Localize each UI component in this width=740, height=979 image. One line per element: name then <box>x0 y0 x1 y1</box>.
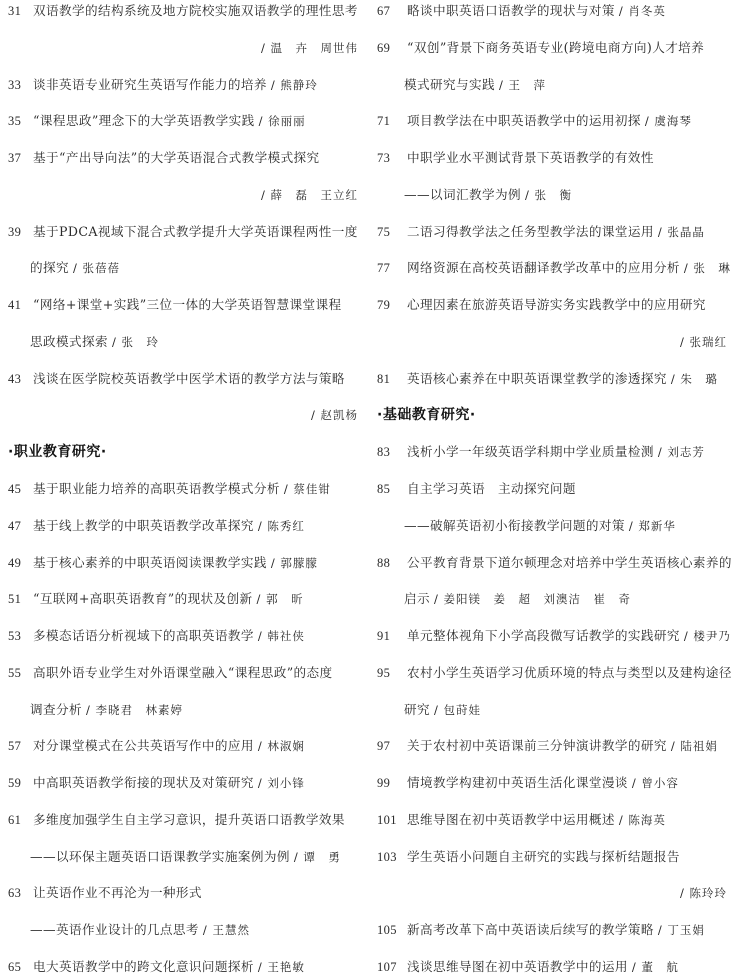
page-number: 31 <box>8 0 30 23</box>
page-number: 41 <box>8 293 30 317</box>
article-title-continued: 启示 <box>404 591 430 606</box>
article-title: 让英语作业不再沦为一种形式 <box>33 885 202 900</box>
article-author: / 董 航 <box>632 960 679 974</box>
page-number: 43 <box>8 367 30 391</box>
section-heading: ·职业教育研究· <box>8 440 358 464</box>
toc-entry: 99情境教学构建初中英语生活化课堂漫谈/ 曾小容 <box>377 771 727 795</box>
article-title: 项目教学法在中职英语教学中的运用初探 <box>407 113 641 128</box>
article-title: 谈非英语专业研究生英语写作能力的培养 <box>33 77 267 92</box>
page-number: 107 <box>377 955 404 979</box>
article-title: 心理因素在旅游英语导游实务实践教学中的应用研究 <box>407 297 706 312</box>
article-title: “双创”背景下商务英语专业(跨境电商方向)人才培养 <box>407 40 704 55</box>
toc-entry-continuation: / 陈玲玲 <box>377 881 731 905</box>
page-number: 97 <box>377 734 404 758</box>
article-title: 略谈中职英语口语教学的现状与对策 <box>407 3 615 18</box>
article-author: / 张 琳 <box>684 261 731 275</box>
section-heading: ·基础教育研究· <box>377 403 727 427</box>
article-title: 对分课堂模式在公共英语写作中的应用 <box>33 738 254 753</box>
article-title: 英语核心素养在中职英语课堂教学的渗透探究 <box>407 371 667 386</box>
article-title: “互联网+高职英语教育”的现状及创新 <box>33 591 253 606</box>
article-author: / 包莳娃 <box>434 703 481 717</box>
article-author: / 郑新华 <box>629 519 676 533</box>
article-author: / 韩社侠 <box>258 629 305 643</box>
page-number: 39 <box>8 220 30 244</box>
toc-entry: 107浅谈思维导图在初中英语教学中的运用/ 董 航 <box>377 955 727 979</box>
article-title: 电大英语教学中的跨文化意识问题探析 <box>33 959 254 974</box>
toc-entry: 81英语核心素养在中职英语课堂教学的渗透探究/ 朱 璐 <box>377 367 727 391</box>
article-title: 浅谈思维导图在初中英语教学中的运用 <box>407 959 628 974</box>
page-number: 37 <box>8 146 30 170</box>
article-title-continued: 调查分析 <box>30 702 82 717</box>
article-title: 基于“产出导向法”的大学英语混合式教学模式探究 <box>33 150 320 165</box>
toc-entry: 103学生英语小问题自主研究的实践与探析结题报告 <box>377 845 727 869</box>
toc-entry: 33谈非英语专业研究生英语写作能力的培养/ 熊静玲 <box>8 73 358 97</box>
page-number: 55 <box>8 661 30 685</box>
toc-entry: 63让英语作业不再沦为一种形式 <box>8 881 358 905</box>
toc-entry: 47基于线上教学的中职英语教学改革探究/ 陈秀红 <box>8 514 358 538</box>
toc-entry: 57对分课堂模式在公共英语写作中的应用/ 林淑娴 <box>8 734 358 758</box>
article-author: / 陈海英 <box>619 813 666 827</box>
toc-entry: 59中高职英语教学衔接的现状及对策研究/ 刘小锋 <box>8 771 358 795</box>
article-title: “网络+课堂+实践”三位一体的大学英语智慧课堂课程 <box>33 297 341 312</box>
article-author: / 赵凯杨 <box>311 408 358 422</box>
article-title: 自主学习英语 主动探究问题 <box>407 481 576 496</box>
article-title-continued: ——以词汇教学为例 <box>404 187 521 202</box>
toc-entry: 91单元整体视角下小学高段微写话教学的实践研究/ 楼尹乃 <box>377 624 727 648</box>
toc-entry: 53多模态话语分析视域下的高职英语教学/ 韩社侠 <box>8 624 358 648</box>
article-author: / 王 萍 <box>499 78 546 92</box>
toc-entry: 79心理因素在旅游英语导游实务实践教学中的应用研究 <box>377 293 727 317</box>
article-author: / 温 卉 周世伟 <box>261 41 358 55</box>
article-author: / 李晓君 林素婷 <box>86 703 183 717</box>
article-title: 基于线上教学的中职英语教学改革探究 <box>33 518 254 533</box>
page-number: 51 <box>8 587 30 611</box>
article-title: 高职外语专业学生对外语课堂融入“课程思政”的态度 <box>33 665 333 680</box>
page-number: 73 <box>377 146 404 170</box>
article-title: 农村小学生英语学习优质环境的特点与类型以及建构途径 <box>407 665 732 680</box>
page-number: 77 <box>377 256 404 280</box>
toc-entry: 97关于农村初中英语课前三分钟演讲教学的研究/ 陆祖娟 <box>377 734 727 758</box>
article-title-continued: ——破解英语初小衔接教学问题的对策 <box>404 518 625 533</box>
toc-entry-continuation: 模式研究与实践/ 王 萍 <box>377 73 740 97</box>
article-title: 基于职业能力培养的高职英语教学模式分析 <box>33 481 280 496</box>
section-title: ·基础教育研究· <box>377 407 476 423</box>
toc-entry: 67略谈中职英语口语教学的现状与对策/ 肖冬英 <box>377 0 727 23</box>
article-title-continued: 研究 <box>404 702 430 717</box>
toc-entry-continuation: 的探究/ 张蓓蓓 <box>8 256 380 280</box>
article-author: / 陆祖娟 <box>671 739 718 753</box>
page-number: 45 <box>8 477 30 501</box>
article-title-continued: 的探究 <box>30 260 69 275</box>
article-author: / 徐丽丽 <box>259 114 306 128</box>
toc-entry-continuation: ——以环保主题英语口语课教学实施案例为例/ 谭 勇 <box>8 845 380 869</box>
toc-entry-continuation: 调查分析/ 李晓君 林素婷 <box>8 698 380 722</box>
toc-entry-continuation: / 赵凯杨 <box>8 403 362 427</box>
article-author: / 张 衡 <box>525 188 572 202</box>
page-number: 63 <box>8 881 30 905</box>
toc-entry: 95农村小学生英语学习优质环境的特点与类型以及建构途径 <box>377 661 727 685</box>
article-author: / 林淑娴 <box>258 739 305 753</box>
page-number: 85 <box>377 477 404 501</box>
article-author: / 刘小锋 <box>258 776 305 790</box>
page-number: 75 <box>377 220 404 244</box>
toc-entry: 45基于职业能力培养的高职英语教学模式分析/ 蔡佳钳 <box>8 477 358 501</box>
article-title: 新高考改革下高中英语读后续写的教学策略 <box>407 922 654 937</box>
toc-entry: 83浅析小学一年级英语学科期中学业质量检测/ 刘志芳 <box>377 440 727 464</box>
toc-entry-continuation: 思政模式探索/ 张 玲 <box>8 330 380 354</box>
toc-entry: 101思维导图在初中英语教学中运用概述/ 陈海英 <box>377 808 727 832</box>
toc-entry: 88公平教育背景下道尔顿理念对培养中学生英语核心素养的 <box>377 551 727 575</box>
page-number: 99 <box>377 771 404 795</box>
page-number: 61 <box>8 808 30 832</box>
toc-entry: 61多维度加强学生自主学习意识，提升英语口语教学效果 <box>8 808 358 832</box>
page-number: 35 <box>8 109 30 133</box>
article-title: 基于核心素养的中职英语阅读课教学实践 <box>33 555 267 570</box>
toc-entry-continuation: / 温 卉 周世伟 <box>8 36 362 60</box>
page-number: 101 <box>377 808 404 832</box>
article-author: / 曾小容 <box>632 776 679 790</box>
article-title: 公平教育背景下道尔顿理念对培养中学生英语核心素养的 <box>407 555 732 570</box>
article-author: / 陈秀红 <box>258 519 305 533</box>
article-author: / 虞海琴 <box>645 114 692 128</box>
article-title: 浅谈在医学院校英语教学中医学术语的教学方法与策略 <box>33 371 345 386</box>
article-author: / 姜阳镁 姜 超 刘澳洁 崔 奇 <box>434 592 631 606</box>
toc-entry: 37基于“产出导向法”的大学英语混合式教学模式探究 <box>8 146 358 170</box>
article-title: 中职学业水平测试背景下英语教学的有效性 <box>407 150 654 165</box>
article-author: / 张蓓蓓 <box>73 261 120 275</box>
page-number: 59 <box>8 771 30 795</box>
article-author: / 王慧然 <box>203 923 250 937</box>
article-author: / 楼尹乃 <box>684 629 731 643</box>
page-number: 71 <box>377 109 404 133</box>
article-title: “课程思政”理念下的大学英语教学实践 <box>33 113 255 128</box>
toc-entry: 49基于核心素养的中职英语阅读课教学实践/ 郭朦朦 <box>8 551 358 575</box>
article-author: / 张 玲 <box>112 335 159 349</box>
page-number: 81 <box>377 367 404 391</box>
page-number: 88 <box>377 551 404 575</box>
article-title: 多模态话语分析视域下的高职英语教学 <box>33 628 254 643</box>
toc-entry: 69“双创”背景下商务英语专业(跨境电商方向)人才培养 <box>377 36 727 60</box>
article-author: / 陈玲玲 <box>680 886 727 900</box>
section-title: ·职业教育研究· <box>8 444 107 460</box>
toc-entry: 31双语教学的结构系统及地方院校实施双语教学的理性思考 <box>8 0 358 23</box>
toc-entry-continuation: / 张瑞红 <box>377 330 731 354</box>
article-title-continued: 思政模式探索 <box>30 334 108 349</box>
article-author: / 肖冬英 <box>619 4 666 18</box>
page-number: 95 <box>377 661 404 685</box>
article-title: 基于PDCA视域下混合式教学提升大学英语课程两性一度 <box>33 224 358 239</box>
article-title: 网络资源在高校英语翻译教学改革中的应用分析 <box>407 260 680 275</box>
article-author: / 蔡佳钳 <box>284 482 331 496</box>
page-number: 103 <box>377 845 404 869</box>
article-title: 中高职英语教学衔接的现状及对策研究 <box>33 775 254 790</box>
article-title: 二语习得教学法之任务型教学法的课堂运用 <box>407 224 654 239</box>
article-author: / 张晶晶 <box>658 225 705 239</box>
toc-entry: 51“互联网+高职英语教育”的现状及创新/ 郭 昕 <box>8 587 358 611</box>
article-title-continued: 模式研究与实践 <box>404 77 495 92</box>
article-title: 浅析小学一年级英语学科期中学业质量检测 <box>407 444 654 459</box>
toc-entry: 77网络资源在高校英语翻译教学改革中的应用分析/ 张 琳 <box>377 256 727 280</box>
toc-entry-continuation: 研究/ 包莳娃 <box>377 698 740 722</box>
page-number: 65 <box>8 955 30 979</box>
article-author: / 朱 璐 <box>671 372 718 386</box>
article-title-continued: ——以环保主题英语口语课教学实施案例为例 <box>30 849 290 864</box>
page-number: 69 <box>377 36 404 60</box>
article-title: 思维导图在初中英语教学中运用概述 <box>407 812 615 827</box>
article-author: / 薛 磊 王立红 <box>261 188 358 202</box>
toc-entry-continuation: / 薛 磊 王立红 <box>8 183 362 207</box>
article-title: 单元整体视角下小学高段微写话教学的实践研究 <box>407 628 680 643</box>
page-number: 105 <box>377 918 404 942</box>
page-number: 47 <box>8 514 30 538</box>
article-title: 情境教学构建初中英语生活化课堂漫谈 <box>407 775 628 790</box>
article-title: 双语教学的结构系统及地方院校实施双语教学的理性思考 <box>33 3 358 18</box>
page-number: 33 <box>8 73 30 97</box>
page-number: 79 <box>377 293 404 317</box>
toc-entry-continuation: 启示/ 姜阳镁 姜 超 刘澳洁 崔 奇 <box>377 587 740 611</box>
article-author: / 王艳敏 <box>258 960 305 974</box>
article-author: / 郭朦朦 <box>271 556 318 570</box>
article-title: 学生英语小问题自主研究的实践与探析结题报告 <box>407 849 680 864</box>
toc-entry: 105新高考改革下高中英语读后续写的教学策略/ 丁玉娟 <box>377 918 727 942</box>
article-title: 关于农村初中英语课前三分钟演讲教学的研究 <box>407 738 667 753</box>
toc-entry: 43浅谈在医学院校英语教学中医学术语的教学方法与策略 <box>8 367 358 391</box>
toc-entry: 65电大英语教学中的跨文化意识问题探析/ 王艳敏 <box>8 955 358 979</box>
article-title: 多维度加强学生自主学习意识，提升英语口语教学效果 <box>33 812 345 827</box>
page-number: 67 <box>377 0 404 23</box>
page-number: 53 <box>8 624 30 648</box>
toc-entry: 39基于PDCA视域下混合式教学提升大学英语课程两性一度 <box>8 220 358 244</box>
toc-entry: 41“网络+课堂+实践”三位一体的大学英语智慧课堂课程 <box>8 293 358 317</box>
page-number: 83 <box>377 440 404 464</box>
toc-entry: 71项目教学法在中职英语教学中的运用初探/ 虞海琴 <box>377 109 727 133</box>
article-author: / 谭 勇 <box>294 850 341 864</box>
toc-entry: 85自主学习英语 主动探究问题 <box>377 477 727 501</box>
article-author: / 郭 昕 <box>257 592 304 606</box>
toc-entry: 73中职学业水平测试背景下英语教学的有效性 <box>377 146 727 170</box>
toc-entry: 75二语习得教学法之任务型教学法的课堂运用/ 张晶晶 <box>377 220 727 244</box>
toc-entry-continuation: ——破解英语初小衔接教学问题的对策/ 郑新华 <box>377 514 740 538</box>
page-number: 49 <box>8 551 30 575</box>
article-author: / 张瑞红 <box>680 335 727 349</box>
toc-entry-continuation: ——以词汇教学为例/ 张 衡 <box>377 183 740 207</box>
article-author: / 熊静玲 <box>271 78 318 92</box>
toc-entry-continuation: ——英语作业设计的几点思考/ 王慧然 <box>8 918 380 942</box>
article-title-continued: ——英语作业设计的几点思考 <box>30 922 199 937</box>
article-author: / 丁玉娟 <box>658 923 705 937</box>
article-author: / 刘志芳 <box>658 445 705 459</box>
toc-entry: 35“课程思政”理念下的大学英语教学实践/ 徐丽丽 <box>8 109 358 133</box>
page-number: 57 <box>8 734 30 758</box>
page-number: 91 <box>377 624 404 648</box>
toc-entry: 55高职外语专业学生对外语课堂融入“课程思政”的态度 <box>8 661 358 685</box>
